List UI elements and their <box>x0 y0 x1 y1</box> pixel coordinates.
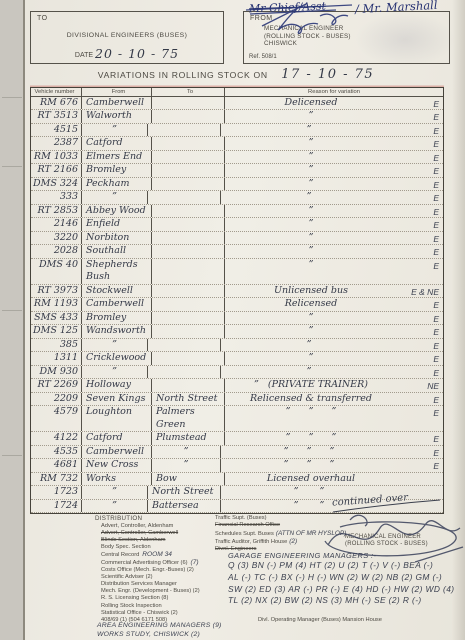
table-row: RT 2269Holloway” (PRIVATE TRAINER)NE <box>31 379 443 393</box>
cell-reason: ”E <box>225 245 443 258</box>
garage-code-line: TL (2) NX (2) BW (2) NS (3) MH (-) SE (2… <box>228 595 454 607</box>
margin-mark <box>2 166 22 167</box>
list-item: Statistical Office - Chiswick (2) <box>101 610 219 617</box>
status-letter: E <box>433 192 439 205</box>
cell-cv: 2387 <box>31 137 82 150</box>
cell-ct <box>148 191 221 204</box>
margin-mark <box>2 455 22 456</box>
cell-cf: Abbey Wood <box>82 205 152 218</box>
cell-cf: ” <box>82 366 148 379</box>
status-letter: E <box>433 299 439 312</box>
cell-ct <box>152 379 225 392</box>
cell-ct <box>152 137 225 150</box>
cell-cf: ” <box>82 486 148 499</box>
table-row: RT 3973StockwellUnlicensed busE & NE <box>31 285 443 299</box>
cell-ct: ” <box>152 459 221 472</box>
distribution-handwritten-items: AREA ENGINEERING MANAGERS (9)WORKS STUDY… <box>97 622 222 639</box>
reason-text: ” ” ” <box>284 446 335 457</box>
cell-cv: DMS 324 <box>31 178 82 191</box>
cell-ct <box>152 232 225 245</box>
reason-text: ” ” ” <box>284 459 335 470</box>
cell-reason: ”E <box>225 218 443 231</box>
garage-code-line: Q (3) BN (-) PM (4) HT (2) U (2) T (-) V… <box>228 560 454 572</box>
reason-text: ” ” <box>294 500 325 511</box>
status-letter: E <box>433 125 439 138</box>
table-row: 4122CatfordPlumstead” ” ”E <box>31 432 443 446</box>
handwritten-addition: ROOM 34 <box>142 551 172 558</box>
to-value: DIVISIONAL ENGINEERS (BUSES) <box>31 32 223 39</box>
cell-reason: ”E <box>225 110 443 123</box>
reason-text: ” <box>309 137 314 148</box>
table-body: RM 676CamberwellDelicensedERT 3513Walwor… <box>31 97 443 514</box>
status-letter: E <box>433 179 439 192</box>
garage-managers-heading: GARAGE ENGINEERING MANAGERS :- <box>228 551 454 560</box>
table-row: RM 676CamberwellDelicensedE <box>31 97 443 111</box>
list-item: Advert, Controller, Aldenham <box>101 523 219 530</box>
cell-ct: North Street <box>148 486 221 499</box>
status-letter: E <box>433 206 439 219</box>
cell-reason: ” ” ”E <box>225 432 443 445</box>
cell-ct <box>152 298 225 311</box>
cell-cf: Stockwell <box>82 285 152 298</box>
reason-text: ” <box>309 232 314 243</box>
annotation-struck-text: Mr Chief/Asst <box>249 0 326 15</box>
table-row: 3220Norbiton”E <box>31 232 443 246</box>
cell-reason: ”E <box>225 164 443 177</box>
table-row: RT 2166Bromley”E <box>31 164 443 178</box>
mechanical-engineer-stamp: MECHANICAL ENGINEER(ROLLING STOCK - BUSE… <box>345 534 428 548</box>
reason-text: ” (PRIVATE TRAINER) <box>254 379 368 390</box>
cell-ct: Plumstead <box>152 432 225 445</box>
cell-ct <box>152 312 225 325</box>
cell-cf: Bromley <box>82 312 152 325</box>
cell-cv: 4535 <box>31 446 82 459</box>
handwritten-addition: (2) <box>289 538 297 545</box>
status-letter: E <box>433 246 439 259</box>
reason-text: Relicensed <box>285 298 338 309</box>
reason-text: ” <box>307 339 312 350</box>
cell-reason: ”E <box>225 312 443 325</box>
cell-cf: Wandsworth <box>82 325 152 338</box>
status-letter: E <box>433 447 439 460</box>
cell-cv: RT 2269 <box>31 379 82 392</box>
garage-code-line: AL (-) TC (-) BX (-) H (-) WN (2) W (2) … <box>228 572 454 584</box>
cell-reason: DelicensedE <box>225 97 443 110</box>
status-letter: E <box>433 111 439 124</box>
date-line: DATE 20 - 10 - 75 <box>31 45 223 60</box>
reason-text: Delicensed <box>285 97 338 108</box>
cell-cv: 3220 <box>31 232 82 245</box>
operating-manager-line: Divl. Operating Manager (Buses) Mansion … <box>258 617 382 623</box>
title-text: VARIATIONS IN ROLLING STOCK ON <box>98 70 268 80</box>
cell-ct: Battersea <box>148 500 221 513</box>
cell-ct <box>152 178 225 191</box>
variations-table: Vehicle number From To Reason for variat… <box>30 87 444 514</box>
status-letter: E <box>433 460 439 473</box>
cell-ct <box>152 259 225 284</box>
list-item: Central RecordROOM 34 <box>101 551 219 559</box>
garage-code-line: SW (2) ED (3) AR (-) PR (-) E (4) HD (-)… <box>228 584 454 596</box>
cell-cv: RM 732 <box>31 473 82 486</box>
cell-ct <box>152 245 225 258</box>
cell-reason: ”E <box>225 352 443 365</box>
cell-cf: Seven Kings <box>82 393 152 406</box>
reason-text: ” <box>309 151 314 162</box>
cell-reason: Licensed overhaul <box>225 473 443 486</box>
reason-text: ” <box>307 191 312 202</box>
cell-cf: Camberwell <box>82 446 152 459</box>
date-handwritten: 20 - 10 - 75 <box>95 46 179 61</box>
cell-cf: Shepherds Bush <box>82 259 152 284</box>
cell-cf: Catford <box>82 432 152 445</box>
cell-cf: Elmers End <box>82 151 152 164</box>
cell-reason: ”E <box>221 339 443 352</box>
status-letter: E <box>433 433 439 446</box>
cell-reason: ”E <box>221 124 443 137</box>
reason-text: ” <box>309 178 314 189</box>
col-vehicle-number: Vehicle number <box>31 88 82 96</box>
status-letter: E <box>433 326 439 339</box>
cell-reason: Unlicensed busE & NE <box>225 285 443 298</box>
handwritten-annotation: Mr Chief/Asst / Mr. Marshall <box>237 0 463 24</box>
scanned-form: TO DIVISIONAL ENGINEERS (BUSES) DATE 20 … <box>0 0 465 640</box>
cell-ct <box>152 218 225 231</box>
cell-cv: RT 3513 <box>31 110 82 123</box>
cell-cf: Catford <box>82 137 152 150</box>
cell-reason: ”E <box>225 325 443 338</box>
cell-ct <box>152 164 225 177</box>
cell-cf: Peckham <box>82 178 152 191</box>
reason-text: ” <box>307 124 312 135</box>
cell-cv: 4515 <box>31 124 82 137</box>
cell-reason: ” ” ”E <box>221 459 443 472</box>
cell-cf: ” <box>82 339 148 352</box>
status-letter: E <box>433 313 439 326</box>
cell-ct: North Street <box>152 393 225 406</box>
cell-ct <box>148 366 221 379</box>
table-row: 2387Catford”E <box>31 137 443 151</box>
cell-cv: RT 3973 <box>31 285 82 298</box>
cell-reason: ”E <box>225 151 443 164</box>
form-title: VARIATIONS IN ROLLING STOCK ON 17 - 10 -… <box>30 65 442 83</box>
table-row: 2146Enfield”E <box>31 218 443 232</box>
cell-cf: ” <box>82 124 148 137</box>
cell-cv: 4122 <box>31 432 82 445</box>
table-row: 385””E <box>31 339 443 353</box>
table-row: SMS 433Bromley”E <box>31 312 443 326</box>
cell-cf: Southall <box>82 245 152 258</box>
cell-cv: RT 2853 <box>31 205 82 218</box>
cell-cv: 1311 <box>31 352 82 365</box>
status-letter: E <box>433 219 439 232</box>
list-item: Scientific Adviser (2) <box>101 574 219 581</box>
status-letter: E <box>433 233 439 246</box>
cell-cf: Works <box>82 473 152 486</box>
handwritten-addition: (7) <box>191 559 199 566</box>
reason-text: ” <box>309 325 314 336</box>
recipients-list: Traffic Supt. (Buses)Financial Research … <box>215 515 350 553</box>
reason-text: ” ” <box>294 486 325 497</box>
cell-reason: Relicensed & transferredE <box>225 393 443 406</box>
cell-cf: Walworth <box>82 110 152 123</box>
cell-cv: RM 1193 <box>31 298 82 311</box>
cell-cv: DMS 125 <box>31 325 82 338</box>
table-header: Vehicle number From To Reason for variat… <box>31 88 443 97</box>
cell-ct <box>152 325 225 338</box>
reason-text: ” <box>309 218 314 229</box>
cell-cf: Camberwell <box>82 97 152 110</box>
date-label: DATE <box>75 52 93 59</box>
status-letter: E <box>433 394 439 407</box>
cell-cv: 4579 <box>31 406 82 431</box>
reason-text: ” <box>309 205 314 216</box>
cell-cv: RM 1033 <box>31 151 82 164</box>
list-item: Costs Office (Mech. Engr.-Buses) (2) <box>101 567 219 574</box>
list-item: R. S. Licensing Section (8) <box>101 595 219 602</box>
cell-cv: 385 <box>31 339 82 352</box>
to-label: TO <box>37 15 48 22</box>
table-row: 4515””E <box>31 124 443 138</box>
reason-text: ” <box>309 245 314 256</box>
col-from: From <box>82 88 152 96</box>
status-letter: E <box>433 340 439 353</box>
reason-text: Relicensed & transferred <box>250 393 372 404</box>
table-row: DM 930””E <box>31 366 443 380</box>
table-row: 333””E <box>31 191 443 205</box>
reason-text: ” <box>309 110 314 121</box>
table-row: DMS 40Shepherds Bush”E <box>31 259 443 285</box>
table-row: DMS 324Peckham”E <box>31 178 443 192</box>
distribution-heading: DISTRIBUTION <box>95 515 142 522</box>
cell-cf: Enfield <box>82 218 152 231</box>
reason-text: ” <box>309 259 314 270</box>
cell-reason: ”E <box>221 366 443 379</box>
status-letter: E <box>433 98 439 111</box>
table-row: RM 1193CamberwellRelicensedE <box>31 298 443 312</box>
cell-cv: 2146 <box>31 218 82 231</box>
cell-cf: Bromley <box>82 164 152 177</box>
status-letter: E <box>433 152 439 165</box>
garage-managers-block: GARAGE ENGINEERING MANAGERS :- Q (3) BN … <box>228 551 454 607</box>
cell-ct <box>152 97 225 110</box>
reason-text: ” ” ” <box>286 432 337 443</box>
list-item: Distribution Services Manager <box>101 581 219 588</box>
to-address-box: TO DIVISIONAL ENGINEERS (BUSES) DATE 20 … <box>30 11 224 64</box>
cell-ct: ” <box>152 446 221 459</box>
list-item: Body Spec. Section <box>101 544 219 551</box>
table-row: RT 2853Abbey Wood”E <box>31 205 443 219</box>
status-letter: E <box>433 260 439 273</box>
reason-text: ” <box>307 366 312 377</box>
table-row: 4535Camberwell”” ” ”E <box>31 446 443 460</box>
reason-text: ” <box>309 352 314 363</box>
title-date-handwritten: 17 - 10 - 75 <box>281 67 374 82</box>
table-row: 2028Southall”E <box>31 245 443 259</box>
cell-cv: SMS 433 <box>31 312 82 325</box>
cell-cf: ” <box>82 191 148 204</box>
table-row: 1311Cricklewood”E <box>31 352 443 366</box>
status-letter: NE <box>427 380 439 393</box>
cell-cv: 2028 <box>31 245 82 258</box>
reason-text: ” <box>309 164 314 175</box>
cell-ct <box>152 285 225 298</box>
list-item: Advert, Controller, Camberwell <box>101 530 219 537</box>
cell-cv: 1724 <box>31 500 82 513</box>
cell-ct <box>152 151 225 164</box>
right-shadow <box>452 0 465 640</box>
reason-text: Unlicensed bus <box>274 285 348 296</box>
list-item: Blinds Section, Aldenham <box>101 537 219 544</box>
cell-reason: ”E <box>225 232 443 245</box>
list-item: Rolling Stock Inspection <box>101 603 219 610</box>
col-to: To <box>152 88 225 96</box>
table-row: 2209Seven KingsNorth StreetRelicensed & … <box>31 393 443 407</box>
cell-cf: Loughton <box>82 406 152 431</box>
cell-ct <box>148 124 221 137</box>
cell-cf: Norbiton <box>82 232 152 245</box>
cell-reason: ”E <box>221 191 443 204</box>
cell-ct <box>152 352 225 365</box>
table-row: 4681New Cross”” ” ”E <box>31 459 443 473</box>
cell-reason: ”E <box>225 178 443 191</box>
list-item: Financial Research Office <box>215 522 350 529</box>
cell-cv: RM 676 <box>31 97 82 110</box>
table-row: DMS 125Wandsworth”E <box>31 325 443 339</box>
cell-ct: Palmers Green <box>152 406 225 431</box>
from-value: MECHANICAL ENGINEER(ROLLING STOCK - BUSE… <box>264 25 351 48</box>
cell-ct: Bow <box>152 473 225 486</box>
cell-ct <box>148 339 221 352</box>
cell-cf: New Cross <box>82 459 152 472</box>
list-item: Schedules Supt. Buses(ATTN OF MR HYSLOP) <box>215 530 350 538</box>
cell-cv: 333 <box>31 191 82 204</box>
cell-reason: ”E <box>225 259 443 284</box>
table-row: 4579LoughtonPalmers Green” ” ”E <box>31 406 443 432</box>
cell-cv: RT 2166 <box>31 164 82 177</box>
status-letter: E <box>433 353 439 366</box>
margin-mark <box>2 97 22 98</box>
status-letter: E & NE <box>411 286 439 299</box>
cell-ct <box>152 205 225 218</box>
col-reason: Reason for variation <box>225 88 443 96</box>
cell-reason: RelicensedE <box>225 298 443 311</box>
table-row: RM 1033Elmers End”E <box>31 151 443 165</box>
table-row: RM 732WorksBowLicensed overhaul <box>31 473 443 487</box>
handwritten-addition: (ATTN OF MR HYSLOP) <box>276 530 346 537</box>
reason-text: ” ” ” <box>286 406 337 417</box>
cell-cv: 2209 <box>31 393 82 406</box>
cell-cf: Holloway <box>82 379 152 392</box>
cell-reason: ”E <box>225 137 443 150</box>
status-letter: E <box>433 138 439 151</box>
status-letter: E <box>433 407 439 420</box>
status-letter: E <box>433 367 439 380</box>
cell-ct <box>152 110 225 123</box>
cell-cv: 1723 <box>31 486 82 499</box>
cell-cf: Cricklewood <box>82 352 152 365</box>
list-item: Mech. Engr. (Development - Buses) (2) <box>101 588 219 595</box>
annotation-name: / Mr. Marshall <box>355 0 438 16</box>
cell-reason: ” ” ”E <box>225 406 443 431</box>
cell-reason: ” ” ”E <box>221 446 443 459</box>
reason-text: Licensed overhaul <box>267 473 355 484</box>
distribution-list: Advert, Controller, AldenhamAdvert, Cont… <box>101 523 219 624</box>
margin-mark <box>2 310 22 311</box>
cell-cv: 4681 <box>31 459 82 472</box>
cell-cf: Camberwell <box>82 298 152 311</box>
cell-reason: ” (PRIVATE TRAINER)NE <box>225 379 443 392</box>
list-item: Traffic Auditor, Griffith House(2) <box>215 538 350 546</box>
cell-cv: DMS 40 <box>31 259 82 284</box>
list-item: Commercial Advertising Officer (6)(7) <box>101 559 219 567</box>
table-row: RT 3513Walworth”E <box>31 110 443 124</box>
list-item: Traffic Supt. (Buses) <box>215 515 350 522</box>
cell-cf: ” <box>82 500 148 513</box>
cell-reason: ”E <box>225 205 443 218</box>
ref-number: Ref. 508/1 <box>249 54 277 60</box>
reason-text: ” <box>309 312 314 323</box>
cell-cv: DM 930 <box>31 366 82 379</box>
status-letter: E <box>433 165 439 178</box>
